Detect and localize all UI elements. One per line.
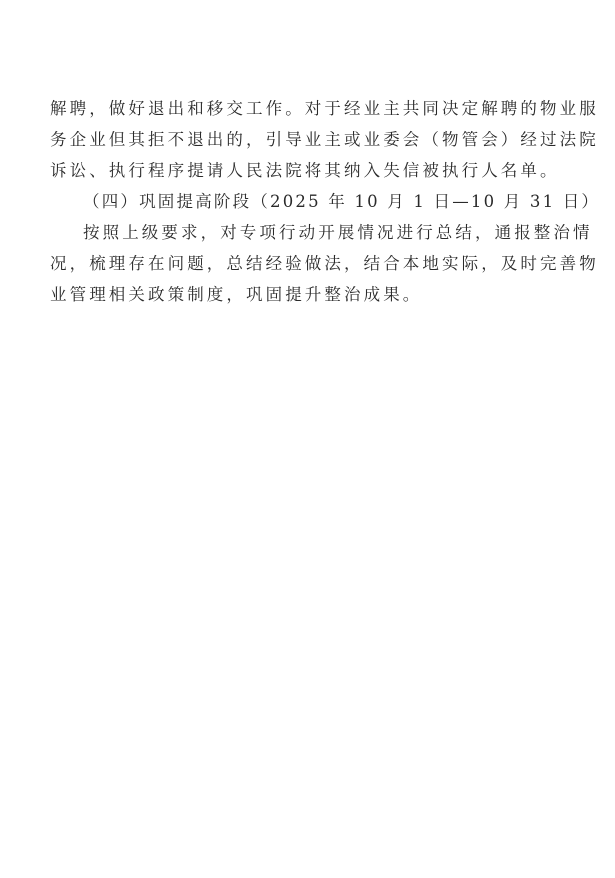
document-page: 解聘，做好退出和移交工作。对于经业主共同决定解聘的物业服 务企业但其拒不退出的，… <box>0 0 615 878</box>
section-heading-consolidation-stage: （四）巩固提高阶段（2025 年 10 月 1 日—10 月 31 日） <box>50 186 550 217</box>
paragraph-dismissal-continuation: 解聘，做好退出和移交工作。对于经业主共同决定解聘的物业服 务企业但其拒不退出的，… <box>50 93 550 186</box>
section-heading: （四）巩固提高阶段（2025 年 10 月 1 日—10 月 31 日） <box>50 186 550 217</box>
text-line: 诉讼、执行程序提请人民法院将其纳入失信被执行人名单。 <box>50 155 550 186</box>
text-line: 务企业但其拒不退出的，引导业主或业委会（物管会）经过法院 <box>50 124 550 155</box>
text-line: 按照上级要求，对专项行动开展情况进行总结，通报整治情 <box>50 217 550 248</box>
text-line: 业管理相关政策制度，巩固提升整治成果。 <box>50 279 550 310</box>
document-body: 解聘，做好退出和移交工作。对于经业主共同决定解聘的物业服 务企业但其拒不退出的，… <box>50 93 550 310</box>
text-line: 解聘，做好退出和移交工作。对于经业主共同决定解聘的物业服 <box>50 93 550 124</box>
text-line: 况，梳理存在问题，总结经验做法，结合本地实际，及时完善物 <box>50 248 550 279</box>
paragraph-summary: 按照上级要求，对专项行动开展情况进行总结，通报整治情 况，梳理存在问题，总结经验… <box>50 217 550 310</box>
